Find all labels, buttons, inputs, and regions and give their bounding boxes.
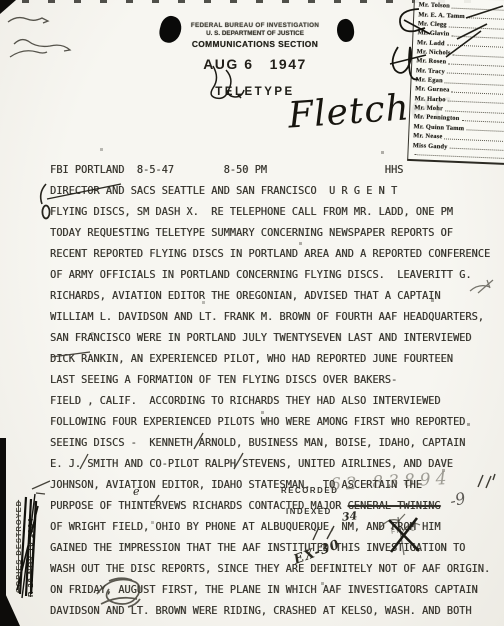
agency-header-stamp: FEDERAL BUREAU OF INVESTIGATION U. S. DE… — [170, 22, 340, 98]
teletype-line: DICK RANKIN, AN EXPERIENCED PILOT, WHO H… — [50, 349, 490, 370]
teletype-meta-line: FBI PORTLAND 8-5-47 8-50 PM HHS — [50, 160, 490, 181]
teletype-line: OF WRIGHT FIELD, OHIO BY PHONE AT ALBUQU… — [50, 517, 490, 538]
teletype-line: DIRECTOR AND SACS SEATTLE AND SAN FRANCI… — [50, 181, 490, 202]
date-received-stamp: AUG 6 1947 — [170, 56, 340, 72]
routing-name: Mr. Harbo — [415, 95, 446, 103]
routing-name: Mr. Tolson — [419, 2, 451, 10]
routing-name: Mr. Tracy — [416, 67, 445, 75]
struck-out-text: GENERAL TWINING — [348, 500, 441, 512]
routing-slip: Mr. Tolson Mr. E. A. Tamm Mr. Clegg Mr. … — [407, 0, 504, 165]
teletype-line: SAN FRANCISCO WERE IN PORTLAND JULY TWEN… — [50, 328, 490, 349]
teletype-line: GAINED THE IMPRESSION THAT THE AAF INSTI… — [50, 538, 490, 559]
handwritten-correction-34: 34 — [341, 509, 358, 524]
pencil-squiggle — [8, 18, 70, 57]
teletype-line: ON FRIDAY, AUGUST FIRST, THE PLANE IN WH… — [50, 580, 490, 601]
routing-name: Mr. Nichols — [417, 48, 451, 56]
teletype-line: WASH OUT THE DISC REPORTS, SINCE THEY AR… — [50, 559, 490, 580]
teletype-line: RECENT REPORTED FLYING DISCS IN PORTLAND… — [50, 244, 490, 265]
routing-name: Mr. Gurnea — [415, 86, 450, 94]
scan-corner-artifact — [0, 0, 16, 14]
teletype-line: DAVIDSON AND LT. BROWN WERE RIDING, CRAS… — [50, 601, 490, 622]
handwritten-caret-insert: e — [133, 485, 140, 498]
teletype-line: FOLLOWING FOUR EXPERIENCED PILOTS WHO WE… — [50, 412, 490, 433]
agency-name: FEDERAL BUREAU OF INVESTIGATION — [170, 22, 340, 29]
teletype-line: OF ARMY OFFICIALS IN PORTLAND CONCERNING… — [50, 265, 490, 286]
teletype-line: LAST SEEING A FORMATION OF TEN FLYING DI… — [50, 370, 490, 391]
routing-name: Mr. Nease — [413, 132, 443, 140]
routing-name: Miss Gandy — [413, 142, 448, 150]
teletype-line: FIELD , CALIF. ACCORDING TO RICHARDS THE… — [50, 391, 490, 412]
teletype-line: RICHARDS, AVIATION EDITOR THE OREGONIAN,… — [50, 286, 490, 307]
department-name: U. S. DEPARTMENT OF JUSTICE — [170, 30, 340, 37]
copies-destroyed-stamp: COPIES DESTROYED — [14, 500, 23, 593]
teletype-line: PURPOSE OF THINTERVEWS RICHARDS CONTACTE… — [50, 496, 490, 517]
destroyed-date-stamp: R 28 NOV 10 1964 — [26, 518, 35, 597]
section-name: COMMUNICATIONS SECTION — [170, 39, 340, 49]
teletype-line: SEEING DISCS - KENNETH ARNOLD, BUSINESS … — [50, 433, 490, 454]
scan-perforation-marks — [22, 0, 474, 3]
teletype-line: TODAY REQUESTING TELETYPE SUMMARY CONCER… — [50, 223, 490, 244]
routing-name: Mr. Egan — [415, 76, 443, 84]
routing-name: Mr. Clegg — [418, 20, 447, 28]
scanned-document: FEDERAL BUREAU OF INVESTIGATION U. S. DE… — [0, 0, 504, 626]
dotted-leader — [414, 154, 504, 159]
teletype-body: FBI PORTLAND 8-5-47 8-50 PM HHS DIRECTOR… — [50, 160, 490, 622]
routing-name: Mr. Glavin — [417, 30, 449, 38]
routing-name: Mr. Rosen — [416, 58, 446, 66]
teletype-line: WILLIAM L. DAVIDSON AND LT. FRANK M. BRO… — [50, 307, 490, 328]
teletype-line: FLYING DISCS, SM DASH X. RE TELEPHONE CA… — [50, 202, 490, 223]
indexed-stamp: INDEXED — [286, 507, 332, 516]
routing-name: Mr. Ladd — [417, 39, 445, 47]
paper-specks — [0, 0, 1, 1]
routing-name: Mr. Mohr — [414, 104, 443, 112]
